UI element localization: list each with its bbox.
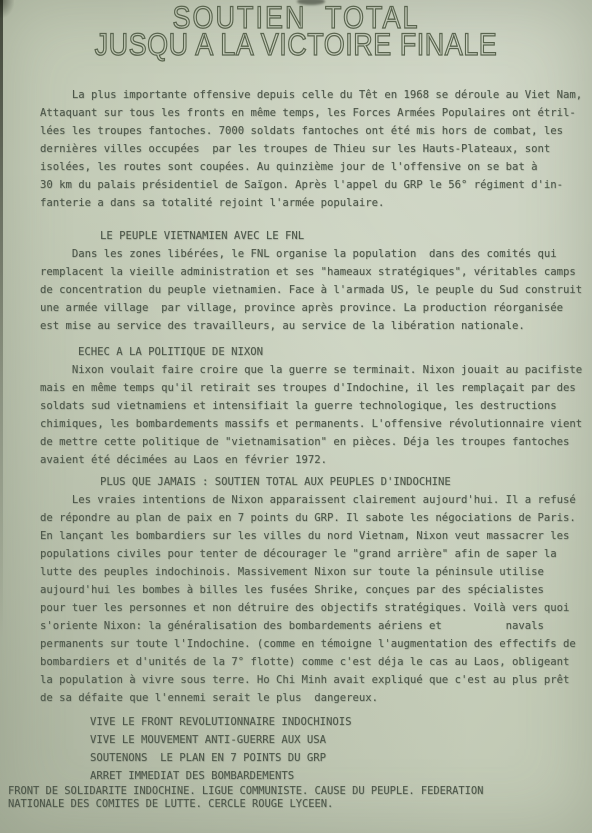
paragraph-intentions-nixon: Les vraies intentions de Nixon apparaiss…	[40, 491, 580, 707]
paragraph-offensive: La plus importante offensive depuis cell…	[40, 86, 580, 212]
signature-organizations: FRONT DE SOLIDARITE INDOCHINE. LIGUE COM…	[8, 785, 580, 811]
heading-echec-nixon: ECHEC A LA POLITIQUE DE NIXON	[78, 343, 580, 361]
scan-edge-artifact	[0, 0, 3, 640]
paragraph-zones-liberees: Dans les zones libérées, le FNL organise…	[40, 245, 580, 335]
slogans-block: VIVE LE FRONT REVOLUTIONNAIRE INDOCHINOI…	[90, 713, 580, 785]
title-block: SOUTIEN TOTAL JUSQU A LA VICTOIRE FINALE	[0, 2, 592, 56]
heading-soutien-total: PLUS QUE JAMAIS : SOUTIEN TOTAL AUX PEUP…	[100, 473, 580, 491]
paragraph-politique-nixon: Nixon voulait faire croire que la guerre…	[40, 361, 580, 469]
title-line-2: JUSQU A LA VICTOIRE FINALE	[0, 29, 592, 61]
leaflet-page: SOUTIEN TOTAL JUSQU A LA VICTOIRE FINALE…	[0, 0, 592, 833]
document-body: La plus importante offensive depuis cell…	[40, 86, 580, 811]
heading-peuple-vietnamien: LE PEUPLE VIETNAMIEN AVEC LE FNL	[100, 227, 580, 245]
